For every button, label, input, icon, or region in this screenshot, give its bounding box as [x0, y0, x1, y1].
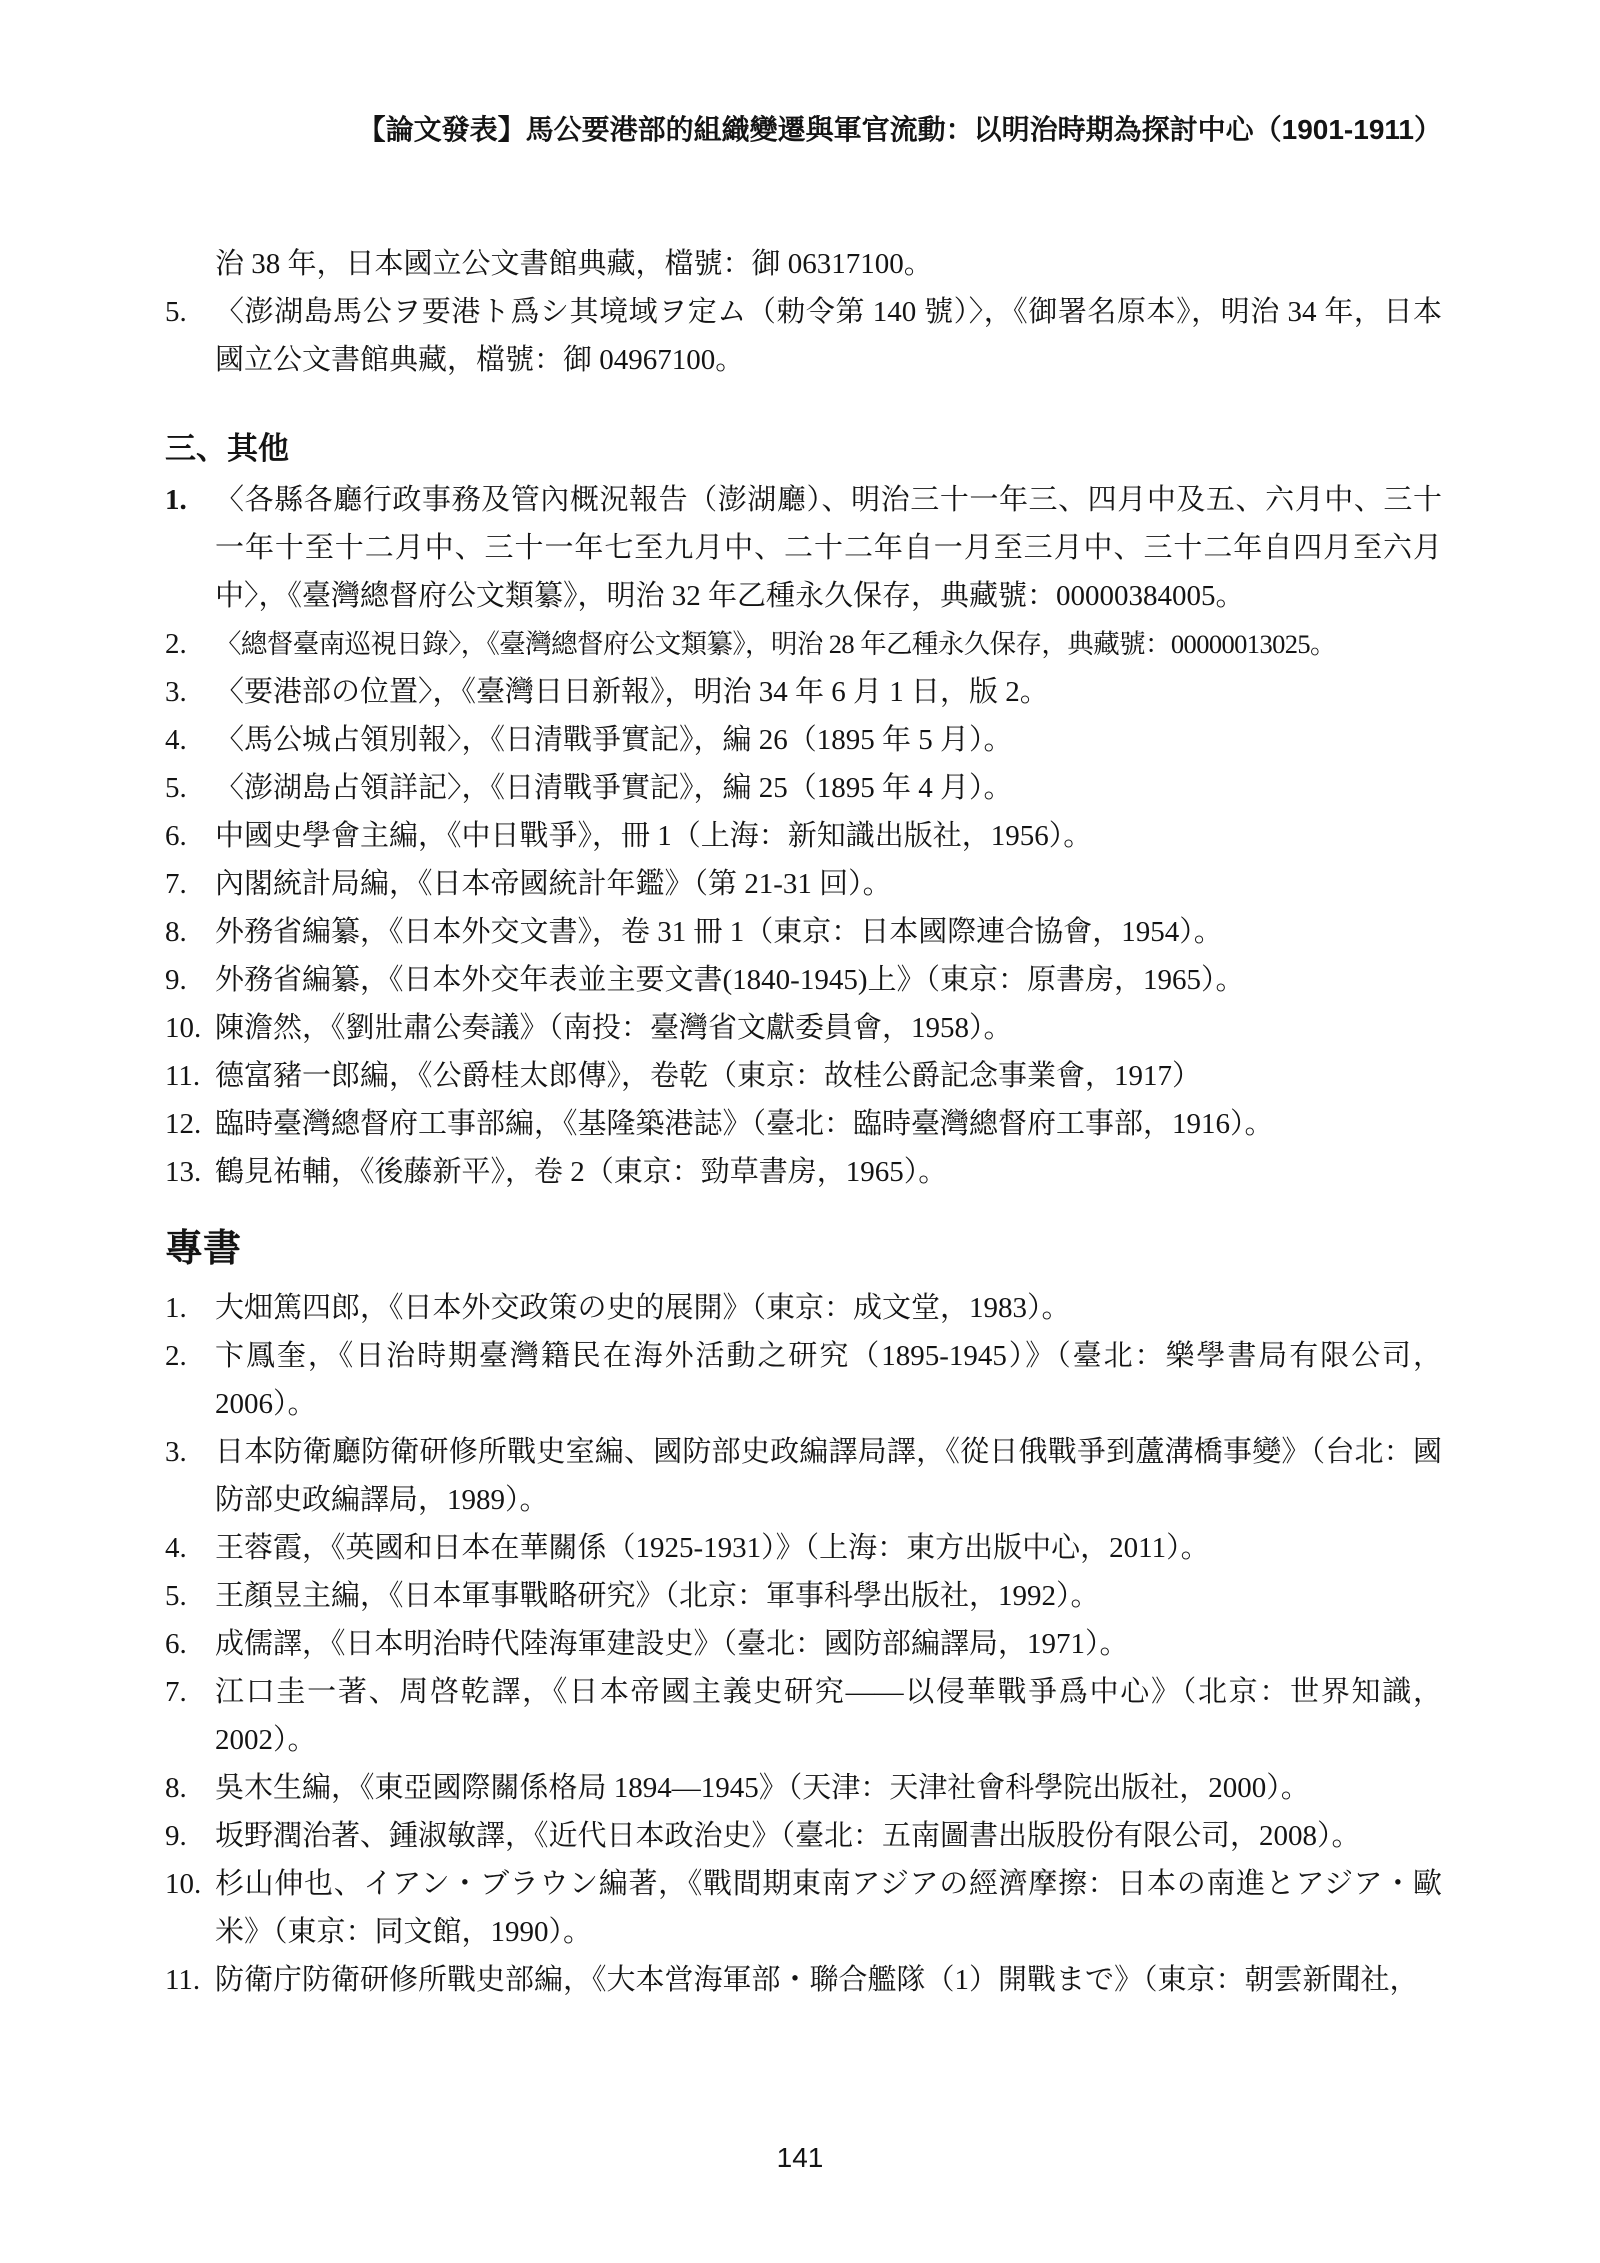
item-number: 6. [165, 1620, 187, 1668]
reference-item: 4.王蓉霞，《英國和日本在華關係（1925-1931）》（上海：東方出版中心，2… [165, 1524, 1442, 1572]
item-text: 內閣統計局編，《日本帝國統計年鑑》（第 21-31 回）。 [215, 868, 892, 900]
reference-item: 11.防衛庁防衛研修所戰史部編，《大本営海軍部・聯合艦隊（1）開戰まで》（東京：… [165, 1956, 1442, 2004]
item-text: 外務省編纂，《日本外交文書》，卷 31 冊 1（東京：日本國際連合協會，1954… [215, 916, 1223, 948]
reference-item: 7.江口圭一著、周啓乾譯，《日本帝國主義史研究——以侵華戰爭爲中心》（北京：世界… [165, 1668, 1442, 1764]
reference-item: 6.中國史學會主編，《中日戰爭》，冊 1（上海：新知識出版社，1956）。 [165, 812, 1442, 860]
item-text: 防衛庁防衛研修所戰史部編，《大本営海軍部・聯合艦隊（1）開戰まで》（東京：朝雲新… [215, 1964, 1419, 1996]
item-number: 4. [165, 716, 187, 764]
item-number: 3. [165, 668, 187, 716]
item-text: 卞鳳奎，《日治時期臺灣籍民在海外活動之研究（1895-1945）》（臺北：樂學書… [215, 1340, 1442, 1420]
section-heading: 專書 [165, 1222, 1442, 1276]
item-text: 陳澹然，《劉壯肅公奏議》（南投：臺灣省文獻委員會，1958）。 [215, 1012, 1013, 1044]
reference-item: 3.日本防衛廳防衛研修所戰史室編、國防部史政編譯局譯，《從日俄戰爭到蘆溝橋事變》… [165, 1428, 1442, 1524]
section-heading: 三、其他 [165, 428, 1442, 470]
item-number: 13. [165, 1148, 201, 1196]
item-number: 1. [165, 1284, 187, 1332]
item-text: 外務省編纂，《日本外交年表並主要文書(1840-1945)上》（東京：原書房，1… [215, 964, 1244, 996]
item-text: 中國史學會主編，《中日戰爭》，冊 1（上海：新知識出版社，1956）。 [215, 820, 1092, 852]
reference-item: 5.〈澎湖島占領詳記〉，《日清戰爭實記》，編 25（1895 年 4 月）。 [165, 764, 1442, 812]
reference-item: 1.〈各縣各廳行政事務及管內概況報告（澎湖廳）、明治三十一年三、四月中及五、六月… [165, 476, 1442, 620]
page-footer: 141 [0, 2138, 1600, 2178]
reference-item: 13.鶴見祐輔，《後藤新平》，卷 2（東京：勁草書房，1965）。 [165, 1148, 1442, 1196]
reference-item: 3.〈要港部の位置〉，《臺灣日日新報》，明治 34 年 6 月 1 日，版 2。 [165, 668, 1442, 716]
reference-item: 1.大畑篤四郎，《日本外交政策の史的展開》（東京：成文堂，1983）。 [165, 1284, 1442, 1332]
item-text: 〈澎湖島占領詳記〉，《日清戰爭實記》，編 25（1895 年 4 月）。 [215, 772, 1013, 804]
reference-item: 5.〈澎湖島馬公ヲ要港ト爲シ其境域ヲ定ム（勅令第 140 號）〉，《御署名原本》… [165, 288, 1442, 384]
item-text: 〈澎湖島馬公ヲ要港ト爲シ其境域ヲ定ム（勅令第 140 號）〉，《御署名原本》，明… [215, 296, 1442, 376]
item-text: 江口圭一著、周啓乾譯，《日本帝國主義史研究——以侵華戰爭爲中心》（北京：世界知識… [215, 1676, 1442, 1756]
reference-item: 2.卞鳳奎，《日治時期臺灣籍民在海外活動之研究（1895-1945）》（臺北：樂… [165, 1332, 1442, 1428]
running-title: 【論文發表】馬公要港部的組織變遷與軍官流動：以明治時期為探討中心（1901-19… [358, 114, 1442, 145]
reference-item: 5.王顏昱主編，《日本軍事戰略研究》（北京：軍事科學出版社，1992）。 [165, 1572, 1442, 1620]
item-text: 〈馬公城占領別報〉，《日清戰爭實記》，編 26（1895 年 5 月）。 [215, 724, 1013, 756]
item-number: 5. [165, 1572, 187, 1620]
item-number: 5. [165, 764, 187, 812]
item-number: 7. [165, 1668, 187, 1716]
item-text: 鶴見祐輔，《後藤新平》，卷 2（東京：勁草書房，1965）。 [215, 1156, 947, 1188]
item-number: 6. [165, 812, 187, 860]
reference-item: 10.陳澹然，《劉壯肅公奏議》（南投：臺灣省文獻委員會，1958）。 [165, 1004, 1442, 1052]
item-text: 〈總督臺南巡視日錄〉，《臺灣總督府公文類纂》，明治 28 年乙種永久保存，典藏號… [215, 629, 1336, 659]
item-text: 王蓉霞，《英國和日本在華關係（1925-1931）》（上海：東方出版中心，201… [215, 1532, 1210, 1564]
item-text: 坂野潤治著、鍾淑敏譯，《近代日本政治史》（臺北：五南圖書出版股份有限公司，200… [215, 1820, 1361, 1852]
item-number: 7. [165, 860, 187, 908]
reference-item: 8.吳木生編，《東亞國際關係格局 1894—1945》（天津：天津社會科學院出版… [165, 1764, 1442, 1812]
item-number: 4. [165, 1524, 187, 1572]
reference-item: 7.內閣統計局編，《日本帝國統計年鑑》（第 21-31 回）。 [165, 860, 1442, 908]
reference-item: 12.臨時臺灣總督府工事部編，《基隆築港誌》（臺北：臨時臺灣總督府工事部，191… [165, 1100, 1442, 1148]
item-text: 〈要港部の位置〉，《臺灣日日新報》，明治 34 年 6 月 1 日，版 2。 [215, 676, 1049, 708]
item-number: 12. [165, 1100, 201, 1148]
item-text: 〈各縣各廳行政事務及管內概況報告（澎湖廳）、明治三十一年三、四月中及五、六月中、… [215, 484, 1442, 612]
reference-item: 8.外務省編纂，《日本外交文書》，卷 31 冊 1（東京：日本國際連合協會，19… [165, 908, 1442, 956]
running-header: 【論文發表】馬公要港部的組織變遷與軍官流動：以明治時期為探討中心（1901-19… [165, 110, 1442, 150]
item-text: 王顏昱主編，《日本軍事戰略研究》（北京：軍事科學出版社，1992）。 [215, 1580, 1100, 1612]
item-number: 1. [165, 476, 187, 524]
item-number: 2. [165, 620, 187, 668]
item-text: 杉山伸也、イアン・ブラウン編著，《戰間期東南アジアの經濟摩擦：日本の南進とアジア… [215, 1868, 1442, 1948]
item-number: 9. [165, 1812, 187, 1860]
page-number: 141 [777, 2142, 824, 2173]
item-number: 11. [165, 1052, 200, 1100]
item-text: 治 38 年，日本國立公文書館典藏，檔號：御 06317100。 [215, 248, 933, 280]
item-text: 成儒譯，《日本明治時代陸海軍建設史》（臺北：國防部編譯局，1971）。 [215, 1628, 1129, 1660]
reference-item: 9.坂野潤治著、鍾淑敏譯，《近代日本政治史》（臺北：五南圖書出版股份有限公司，2… [165, 1812, 1442, 1860]
item-number: 10. [165, 1860, 201, 1908]
item-text: 德富豬一郎編，《公爵桂太郎傳》，卷乾（東京：故桂公爵記念事業會，1917） [215, 1060, 1201, 1092]
item-number: 11. [165, 1956, 200, 2004]
reference-item: 4.〈馬公城占領別報〉，《日清戰爭實記》，編 26（1895 年 5 月）。 [165, 716, 1442, 764]
item-number: 5. [165, 288, 187, 336]
item-number: 8. [165, 908, 187, 956]
item-number: 9. [165, 956, 187, 1004]
reference-item: 9.外務省編纂，《日本外交年表並主要文書(1840-1945)上》（東京：原書房… [165, 956, 1442, 1004]
reference-item: 6.成儒譯，《日本明治時代陸海軍建設史》（臺北：國防部編譯局，1971）。 [165, 1620, 1442, 1668]
item-number: 10. [165, 1004, 201, 1052]
item-number: 3. [165, 1428, 187, 1476]
item-text: 臨時臺灣總督府工事部編，《基隆築港誌》（臺北：臨時臺灣總督府工事部，1916）。 [215, 1108, 1274, 1140]
bibliography-content: 治 38 年，日本國立公文書館典藏，檔號：御 06317100。5.〈澎湖島馬公… [165, 240, 1442, 2004]
reference-continuation-line: 治 38 年，日本國立公文書館典藏，檔號：御 06317100。 [165, 240, 1442, 288]
item-number: 2. [165, 1332, 187, 1380]
reference-item: 10.杉山伸也、イアン・ブラウン編著，《戰間期東南アジアの經濟摩擦：日本の南進と… [165, 1860, 1442, 1956]
paper-page: 【論文發表】馬公要港部的組織變遷與軍官流動：以明治時期為探討中心（1901-19… [0, 0, 1600, 2263]
reference-item: 2.〈總督臺南巡視日錄〉，《臺灣總督府公文類纂》，明治 28 年乙種永久保存，典… [165, 620, 1442, 668]
item-text: 日本防衛廳防衛研修所戰史室編、國防部史政編譯局譯，《從日俄戰爭到蘆溝橋事變》（台… [215, 1436, 1442, 1516]
item-number: 8. [165, 1764, 187, 1812]
item-text: 大畑篤四郎，《日本外交政策の史的展開》（東京：成文堂，1983）。 [215, 1292, 1071, 1324]
item-text: 吳木生編，《東亞國際關係格局 1894—1945》（天津：天津社會科學院出版社，… [215, 1772, 1310, 1804]
reference-item: 11.德富豬一郎編，《公爵桂太郎傳》，卷乾（東京：故桂公爵記念事業會，1917） [165, 1052, 1442, 1100]
